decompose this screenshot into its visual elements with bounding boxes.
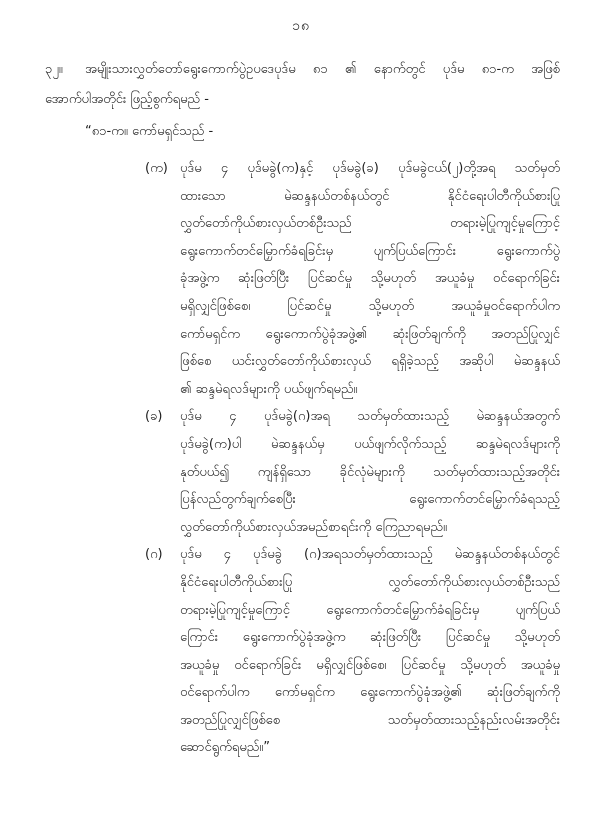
clause-body: ပုဒ်မ ၄ ပုဒ်မခွဲ(ဂ)အရ သတ်မှတ်ထားသည့် မဲဆ… <box>180 403 560 541</box>
text-line: တရားမဲ့ပြုကျင့်မှုကြောင့် ရွေးကောက်တင်မြ… <box>180 597 560 625</box>
clause-item-ga: (ဂ) ပုဒ်မ ၄ ပုဒ်မခွဲ (ဂ)အရသတ်မှတ်ထားသည့်… <box>145 541 560 762</box>
clause-list: (က) ပုဒ်မ ၄ ပုဒ်မခွဲ(က)နှင့် ပုဒ်မခွဲ(ခ)… <box>145 155 560 762</box>
section-32-paragraph: ၃၂။ အမျိုးသားလွှတ်တော်ရွေးကောက်ပွဲဥပဒေပု… <box>45 55 560 115</box>
clause-item-ka: (က) ပုဒ်မ ၄ ပုဒ်မခွဲ(က)နှင့် ပုဒ်မခွဲ(ခ)… <box>145 155 560 403</box>
page-number: ၁၈ <box>0 16 602 37</box>
text-line: လွှတ်တော်ကိုယ်စားလှယ်အမည်စာရင်းကို ကြေညာ… <box>180 514 560 542</box>
text-line: ပြန်လည်တွက်ချက်စေပြီး ရွေးကောက်တင်မြှောက… <box>180 486 560 514</box>
text-line: ပုဒ်မခွဲ(က)ပါ မဲဆန္ဒနယ်မှ ပယ်ဖျက်လိုက်သည… <box>180 431 560 459</box>
text-line: ကြောင်း ရွေးကောက်ပွဲခုံအဖွဲ့က ဆုံးဖြတ်ပြ… <box>180 624 560 652</box>
text-line: အောက်ပါအတိုင်း ဖြည့်စွက်ရမည် - <box>45 85 560 115</box>
quoted-clause-heading: “၈၁-က။ ကော်မရှင်သည် - <box>85 120 560 144</box>
clause-body: ပုဒ်မ ၄ ပုဒ်မခွဲ(က)နှင့် ပုဒ်မခွဲ(ခ) ပုဒ… <box>180 155 560 403</box>
text-line: ရွေးကောက်တင်မြှောက်ခံရခြင်းမှ ပျက်ပြယ်ကြ… <box>180 238 560 266</box>
document-page: ၁၈ ၃၂။ အမျိုးသားလွှတ်တော်ရွေးကောက်ပွဲဥပဒ… <box>0 0 602 834</box>
text-line: ဆောင်ရွက်ရမည်။” <box>180 734 560 762</box>
clause-item-kha: (ခ) ပုဒ်မ ၄ ပုဒ်မခွဲ(ဂ)အရ သတ်မှတ်ထားသည့်… <box>145 403 560 541</box>
text-line: ခုံအဖွဲ့က ဆုံးဖြတ်ပြီး ပြင်ဆင်မှု သို့မဟ… <box>180 265 560 293</box>
text-line: လွှတ်တော်ကိုယ်စားလှယ်တစ်ဦးသည် တရားမဲ့ပြု… <box>180 210 560 238</box>
text-line: နုတ်ပယ်၍ ကျန်ရှိသော ခိုင်လုံမဲများကို သတ… <box>180 459 560 487</box>
text-line: ထားသော မဲဆန္ဒနယ်တစ်နယ်တွင် နိုင်ငံရေးပါတ… <box>180 183 560 211</box>
text-line: ပုဒ်မ ၄ ပုဒ်မခွဲ (ဂ)အရသတ်မှတ်ထားသည့် မဲဆ… <box>180 541 560 569</box>
text-line: ဖြစ်စေ ယင်းလွှတ်တော်ကိုယ်စားလှယ် ရရှိခဲ့… <box>180 348 560 376</box>
clause-marker: (ဂ) <box>145 541 180 569</box>
text-line: ဝင်ရောက်ပါက ကော်မရှင်က ရွေးကောက်ပွဲခုံအဖ… <box>180 679 560 707</box>
text-line: ပုဒ်မ ၄ ပုဒ်မခွဲ(က)နှင့် ပုဒ်မခွဲ(ခ) ပုဒ… <box>180 155 560 183</box>
text-line: အယူခံမှု ဝင်ရောက်ခြင်း မရှိလျှင်ဖြစ်စေ၊ … <box>180 652 560 680</box>
text-line: နိုင်ငံရေးပါတီကိုယ်စားပြု လွှတ်တော်ကိုယ်… <box>180 569 560 597</box>
section-number: ၃၂။ <box>45 55 85 85</box>
text-line: ကော်မရှင်က ရွေးကောက်ပွဲခုံအဖွဲ့၏ ဆုံးဖြတ… <box>180 321 560 349</box>
text-line: အတည်ပြုလျှင်ဖြစ်စေ သတ်မှတ်ထားသည့်နည်းလမ်… <box>180 707 560 735</box>
clause-body: ပုဒ်မ ၄ ပုဒ်မခွဲ (ဂ)အရသတ်မှတ်ထားသည့် မဲဆ… <box>180 541 560 762</box>
clause-marker: (ခ) <box>145 403 180 431</box>
text-line: အမျိုးသားလွှတ်တော်ရွေးကောက်ပွဲဥပဒေပုဒ်မ … <box>85 55 560 85</box>
text-line: ၏ ဆန္ဒမဲရလဒ်များကို ပယ်ဖျက်ရမည်။ <box>180 376 560 404</box>
text-line: မရှိလျှင်ဖြစ်စေ၊ ပြင်ဆင်မှု သို့မဟုတ် အယ… <box>180 293 560 321</box>
clause-marker: (က) <box>145 155 180 183</box>
text-line: ပုဒ်မ ၄ ပုဒ်မခွဲ(ဂ)အရ သတ်မှတ်ထားသည့် မဲဆ… <box>180 403 560 431</box>
section-32-first-line: ၃၂။ အမျိုးသားလွှတ်တော်ရွေးကောက်ပွဲဥပဒေပု… <box>45 55 560 85</box>
